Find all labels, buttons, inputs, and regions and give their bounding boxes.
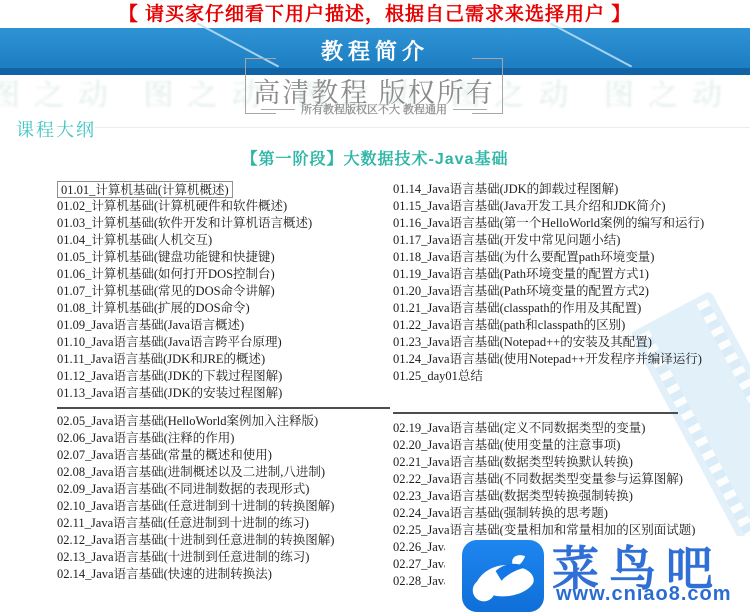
course-item: 01.14_Java语言基础(JDK的卸载过程图解) — [393, 181, 738, 198]
course-item: 02.22_Java语言基础(不同数据类型变量参与运算图解) — [393, 471, 738, 488]
course-item: 01.13_Java语言基础(JDK的安装过程图解) — [57, 385, 391, 402]
course-item: 01.03_计算机基础(软件开发和计算机语言概述) — [57, 215, 391, 232]
course-item: 02.13_Java语言基础(十进制到任意进制的练习) — [57, 549, 391, 566]
outline-rule — [95, 127, 750, 128]
subtitle-dash-left — [261, 109, 295, 110]
course-item: 02.06_Java语言基础(注释的作用) — [57, 430, 391, 447]
course-item: 01.19_Java语言基础(Path环境变量的配置方式1) — [393, 266, 738, 283]
promo-page: 【 请买家仔细看下用户描述，根据自己需求来选择用户 】 教程简介 图之动 图之动… — [0, 0, 750, 615]
stage-title: 【第一阶段】大数据技术-Java基础 — [0, 146, 750, 169]
course-list-left-part1: 01.01_计算机基础(计算机概述)01.02_计算机基础(计算机硬件和软件概述… — [57, 181, 391, 402]
buyer-notice: 【 请买家仔细看下用户描述，根据自己需求来选择用户 】 — [0, 2, 750, 28]
course-item: 02.10_Java语言基础(任意进制到十进制的转换图解) — [57, 498, 391, 515]
course-item: 02.14_Java语言基础(快速的进制转换法) — [57, 566, 391, 583]
subtitle-dash-right — [453, 109, 487, 110]
course-item: 02.12_Java语言基础(十进制到任意进制的转换图解) — [57, 532, 391, 549]
banner: 教程简介 — [0, 28, 750, 68]
course-item: 01.16_Java语言基础(第一个HelloWorld案例的编写和运行) — [393, 215, 738, 232]
course-item: 02.20_Java语言基础(使用变量的注意事项) — [393, 437, 738, 454]
course-item: 01.05_计算机基础(键盘功能键和快捷键) — [57, 249, 391, 266]
course-item: 01.01_计算机基础(计算机概述) — [57, 181, 233, 198]
logo-site-url: www.cniao8.com — [556, 583, 750, 606]
right-column-divider — [393, 412, 678, 414]
course-item: 02.24_Java语言基础(强制转换的思考题) — [393, 505, 738, 522]
course-list-left-part2: 02.05_Java语言基础(HelloWorld案例加入注释版)02.06_J… — [57, 413, 391, 583]
copyright-subtitle-row: 所有教程版权区不大 教程通用 — [245, 101, 503, 117]
outline-heading: 课程大纲 — [16, 116, 96, 142]
course-item: 01.07_计算机基础(常见的DOS命令讲解) — [57, 283, 391, 300]
banner-title: 教程简介 — [0, 35, 750, 66]
course-item: 02.08_Java语言基础(进制概述以及二进制,八进制) — [57, 464, 391, 481]
course-item: 01.22_Java语言基础(path和classpath的区别) — [393, 317, 738, 334]
course-item: 01.15_Java语言基础(Java开发工具介绍和JDK简介) — [393, 198, 738, 215]
left-column-divider — [57, 407, 390, 409]
course-item: 01.12_Java语言基础(JDK的下载过程图解) — [57, 368, 391, 385]
course-item: 02.23_Java语言基础(数据类型转换强制转换) — [393, 488, 738, 505]
course-item: 02.11_Java语言基础(任意进制到十进制的练习) — [57, 515, 391, 532]
course-item: 01.23_Java语言基础(Notepad++的安装及其配置) — [393, 334, 738, 351]
copyright-subtitle: 所有教程版权区不大 教程通用 — [301, 101, 447, 117]
course-item: 02.09_Java语言基础(不同进制数据的表现形式) — [57, 481, 391, 498]
course-item: 01.04_计算机基础(人机交互) — [57, 232, 391, 249]
course-item: 01.18_Java语言基础(为什么要配置path环境变量) — [393, 249, 738, 266]
course-item: 01.25_day01总结 — [393, 368, 738, 385]
course-item: 01.02_计算机基础(计算机硬件和软件概述) — [57, 198, 391, 215]
course-item: 02.21_Java语言基础(数据类型转换默认转换) — [393, 454, 738, 471]
course-item: 01.06_计算机基础(如何打开DOS控制台) — [57, 266, 391, 283]
course-list-right-part1: 01.14_Java语言基础(JDK的卸载过程图解)01.15_Java语言基础… — [393, 181, 738, 385]
course-item: 01.17_Java语言基础(开发中常见问题小结) — [393, 232, 738, 249]
course-item: 02.19_Java语言基础(定义不同数据类型的变量) — [393, 420, 738, 437]
course-item: 01.10_Java语言基础(Java语言跨平台原理) — [57, 334, 391, 351]
bird-logo-icon — [462, 540, 544, 612]
course-item: 01.09_Java语言基础(Java语言概述) — [57, 317, 391, 334]
course-item: 01.24_Java语言基础(使用Notepad++开发程序并编译运行) — [393, 351, 738, 368]
course-item: 02.07_Java语言基础(常量的概述和使用) — [57, 447, 391, 464]
course-item: 01.21_Java语言基础(classpath的作用及其配置) — [393, 300, 738, 317]
course-item: 02.05_Java语言基础(HelloWorld案例加入注释版) — [57, 413, 391, 430]
dove-icon — [466, 546, 540, 608]
course-item: 01.20_Java语言基础(Path环境变量的配置方式2) — [393, 283, 738, 300]
course-item: 01.11_Java语言基础(JDK和JRE的概述) — [57, 351, 391, 368]
course-item: 01.08_计算机基础(扩展的DOS命令) — [57, 300, 391, 317]
